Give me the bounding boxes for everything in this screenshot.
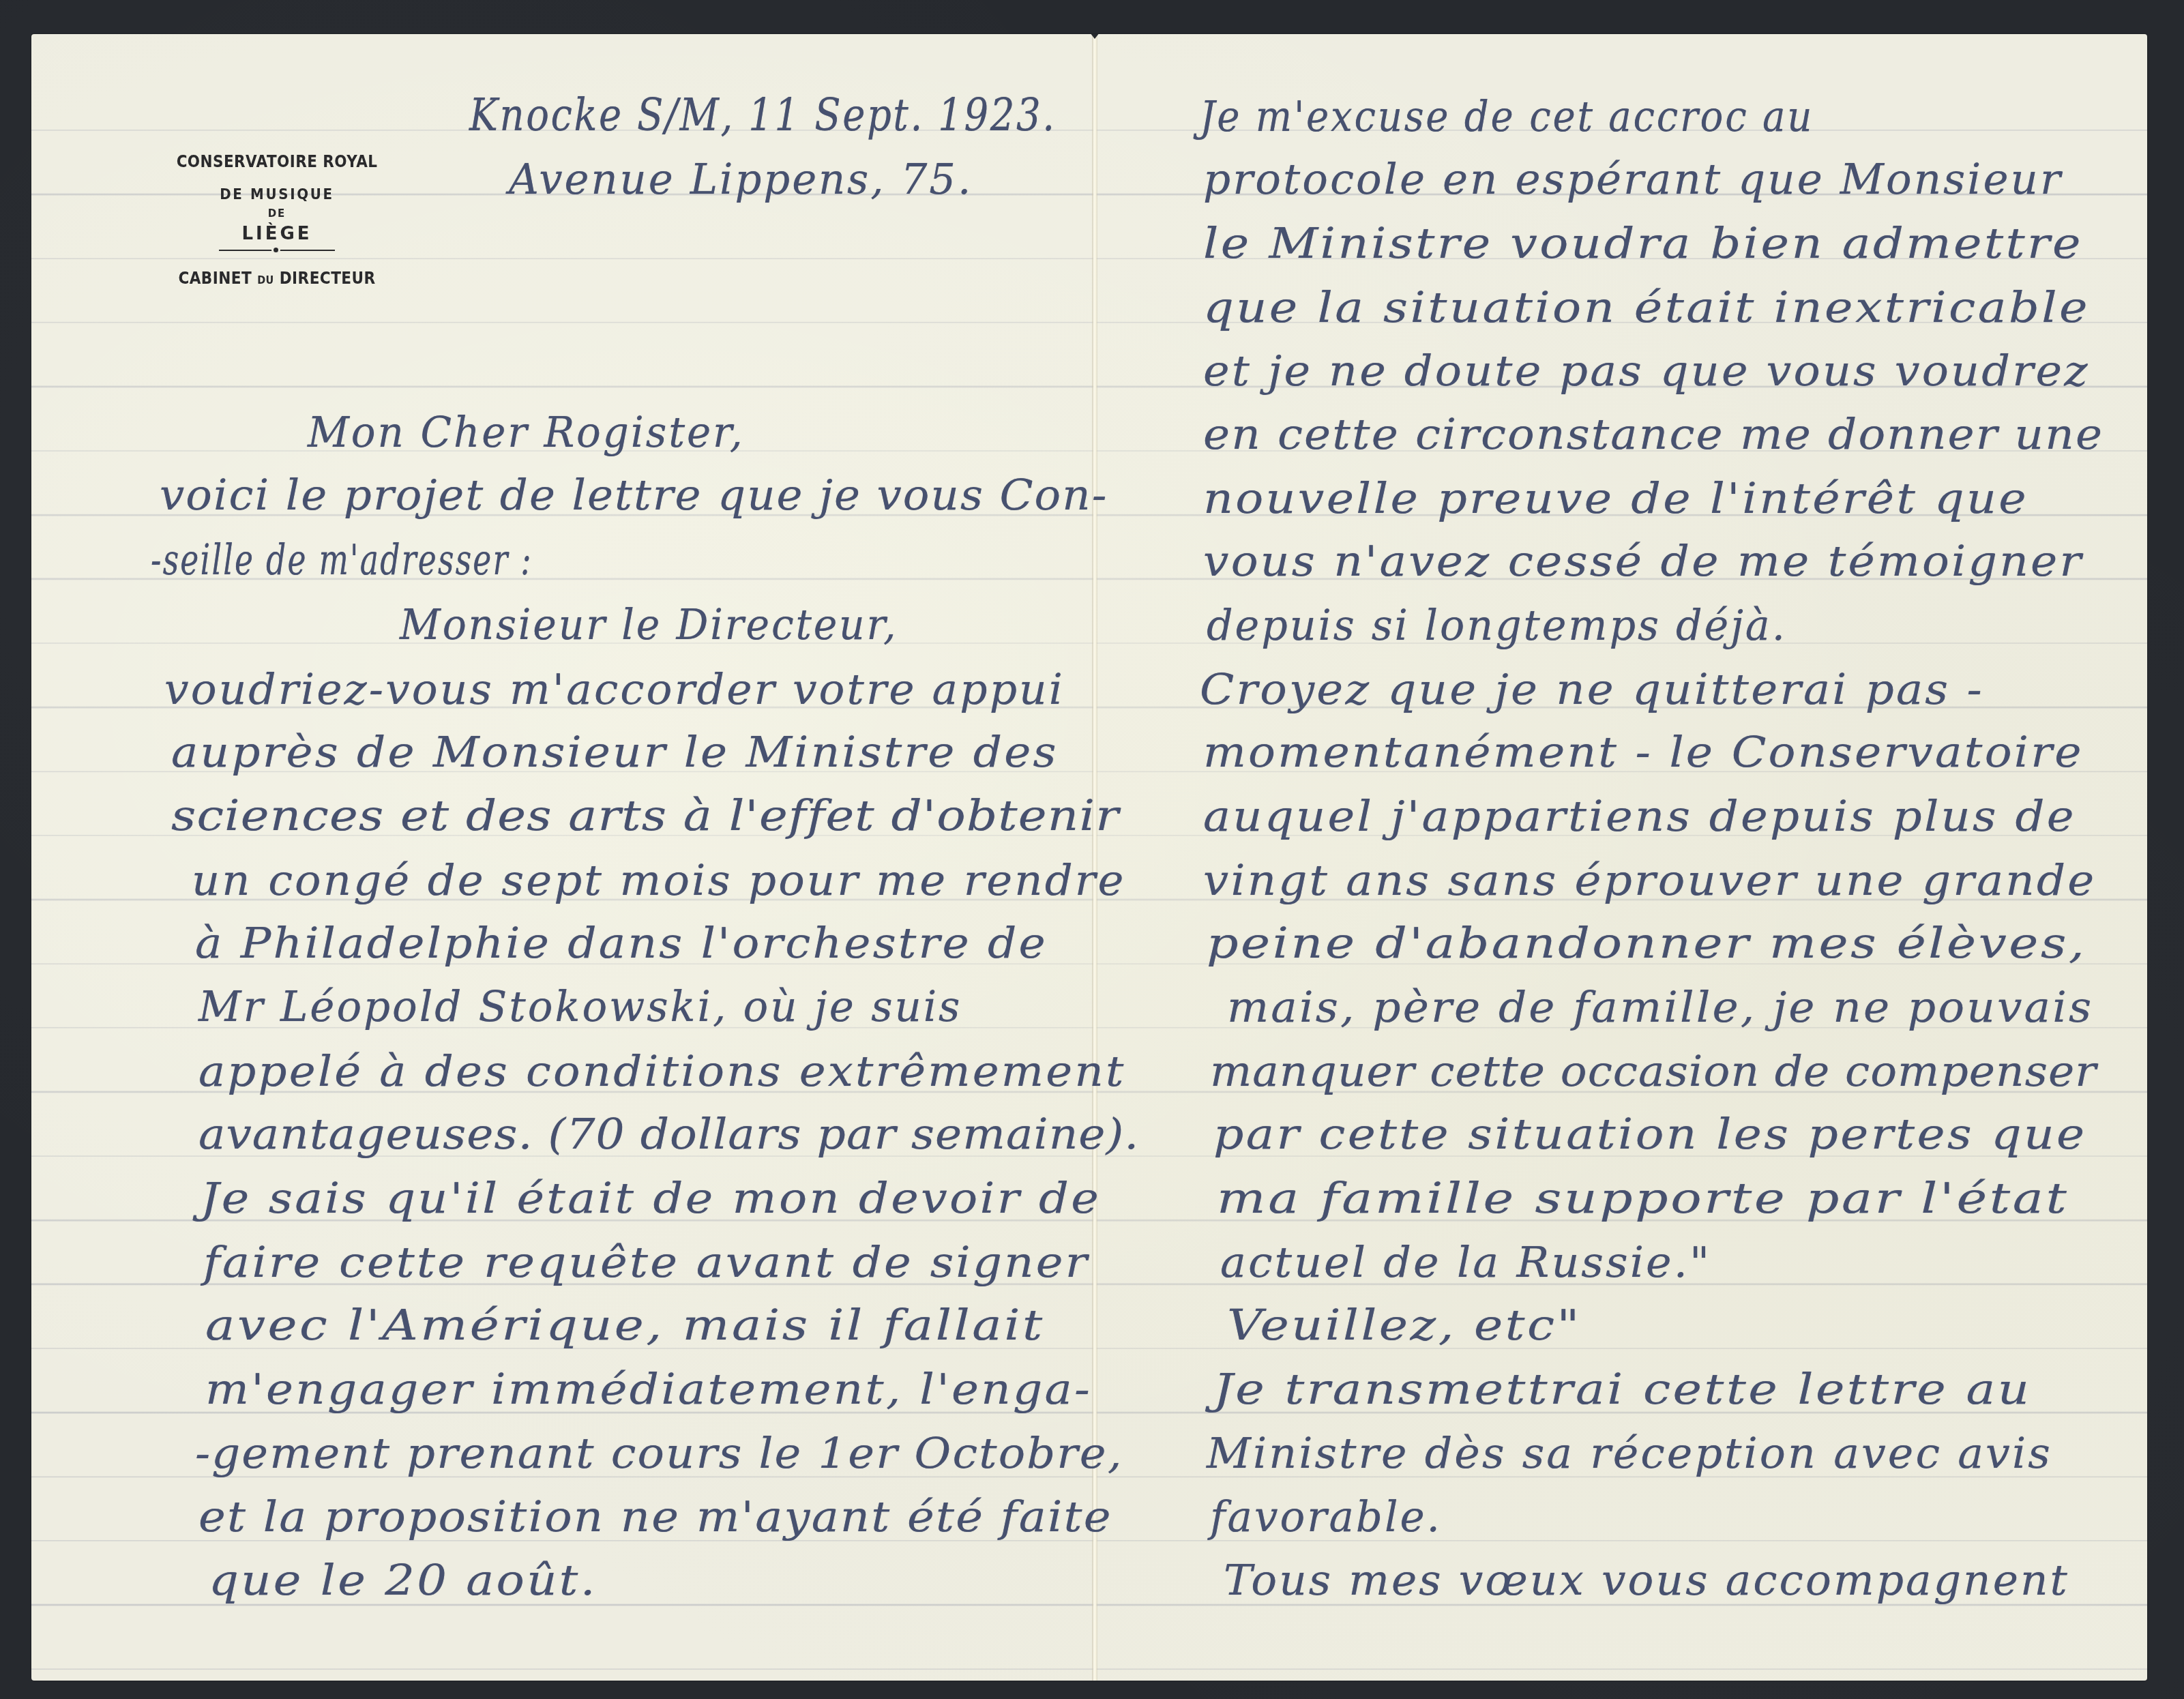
right-line: protocole en espérant que Monsieur — [1203, 158, 2063, 201]
left-line: faire cette requête avant de signer — [203, 1241, 1089, 1284]
place-date: Knocke S/M, 11 Sept. 1923. — [469, 93, 1057, 138]
left-line: que le 20 août. — [209, 1559, 597, 1601]
left-line: auprès de Monsieur le Ministre des — [171, 731, 1059, 773]
left-line: appelé à des conditions extrêmement — [198, 1050, 1126, 1093]
letterhead-city: LIÈGE — [134, 224, 420, 244]
right-line: vingt ans sans éprouver une grande — [1203, 859, 2096, 902]
right-line: favorable. — [1210, 1496, 1442, 1538]
letterhead-music: DE MUSIQUE — [148, 186, 406, 203]
left-line: un congé de sept mois pour me rendre — [192, 859, 1126, 902]
letterhead-de: DE — [134, 207, 420, 220]
right-line: Je transmettrai cette lettre au — [1213, 1368, 2032, 1410]
left-line: -gement prenant cours le 1er Octobre, — [195, 1432, 1123, 1475]
left-line: Mr Léopold Stokowski, où je suis — [198, 986, 962, 1028]
right-line: auquel j'appartiens depuis plus de — [1203, 795, 2076, 838]
letterhead-office-du: DU — [257, 274, 274, 286]
left-line: Je sais qu'il était de mon devoir de — [201, 1177, 1101, 1220]
right-line: peine d'abandonner mes élèves, — [1207, 922, 2086, 964]
right-line: ma famille supporte par l'état — [1217, 1177, 2069, 1220]
right-page: Je m'excuse de cet accroc au protocole e… — [1097, 34, 2147, 1681]
right-line: mais, père de famille, je ne pouvais — [1227, 986, 2093, 1029]
right-line: Ministre dès sa réception avec avis — [1207, 1432, 2052, 1475]
left-line: m'engager immédiatement, l'enga- — [205, 1368, 1092, 1410]
left-line: avantageuses. (70 dollars par semaine). — [198, 1113, 1139, 1155]
right-line: nouvelle preuve de l'intérêt que — [1203, 477, 2028, 520]
right-line: depuis si longtemps déjà. — [1207, 604, 1787, 647]
right-line: momentanément - le Conservatoire — [1203, 731, 2084, 773]
letterhead: CONSERVATOIRE ROYAL DE MUSIQUE DE LIÈGE … — [134, 151, 420, 288]
letterhead-office-cabinet: CABINET — [178, 269, 257, 288]
right-line: Je m'excuse de cet accroc au — [1200, 95, 1814, 138]
left-line: voudriez-vous m'accorder votre appui — [164, 668, 1065, 711]
letterhead-divider — [219, 247, 335, 254]
letter-sheet: CONSERVATOIRE ROYAL DE MUSIQUE DE LIÈGE … — [31, 34, 2147, 1681]
left-line: à Philadelphie dans l'orchestre de — [195, 922, 1048, 964]
left-line: et la proposition ne m'ayant été faite — [198, 1496, 1112, 1538]
left-line: sciences et des arts à l'effet d'obtenir — [171, 795, 1119, 837]
right-line: actuel de la Russie." — [1220, 1241, 1711, 1284]
right-line: que la situation était inextricable — [1203, 286, 2090, 329]
right-line: vous n'avez cessé de me témoigner — [1203, 540, 2083, 582]
letterhead-office-directeur: DIRECTEUR — [274, 269, 376, 288]
address: Avenue Lippens, 75. — [509, 158, 973, 201]
closing-line: Tous mes vœux vous accompagnent — [1224, 1559, 2069, 1601]
left-page: CONSERVATOIRE ROYAL DE MUSIQUE DE LIÈGE … — [31, 34, 1092, 1681]
right-line: Veuillez, etc" — [1227, 1304, 1582, 1346]
left-line: -seille de m'adresser : — [151, 539, 533, 581]
right-line: le Ministre voudra bien admettre — [1203, 222, 2083, 265]
left-line: voici le projet de lettre que je vous Co… — [160, 474, 1108, 516]
letterhead-office: CABINET DU DIRECTEUR — [148, 269, 406, 288]
right-line: et je ne doute pas que vous voudrez — [1203, 350, 2090, 392]
right-line: Croyez que je ne quitterai pas - — [1200, 668, 1984, 711]
letterhead-institution: CONSERVATOIRE ROYAL — [153, 151, 400, 171]
inner-salutation: Monsieur le Directeur, — [400, 604, 898, 646]
left-line: avec l'Amérique, mais il fallait — [205, 1304, 1045, 1346]
right-line: par cette situation les pertes que — [1213, 1113, 2087, 1155]
right-line: manquer cette occasion de compenser — [1210, 1050, 2097, 1093]
salutation: Mon Cher Rogister, — [308, 411, 745, 454]
right-line: en cette circonstance me donner une — [1203, 413, 2104, 456]
